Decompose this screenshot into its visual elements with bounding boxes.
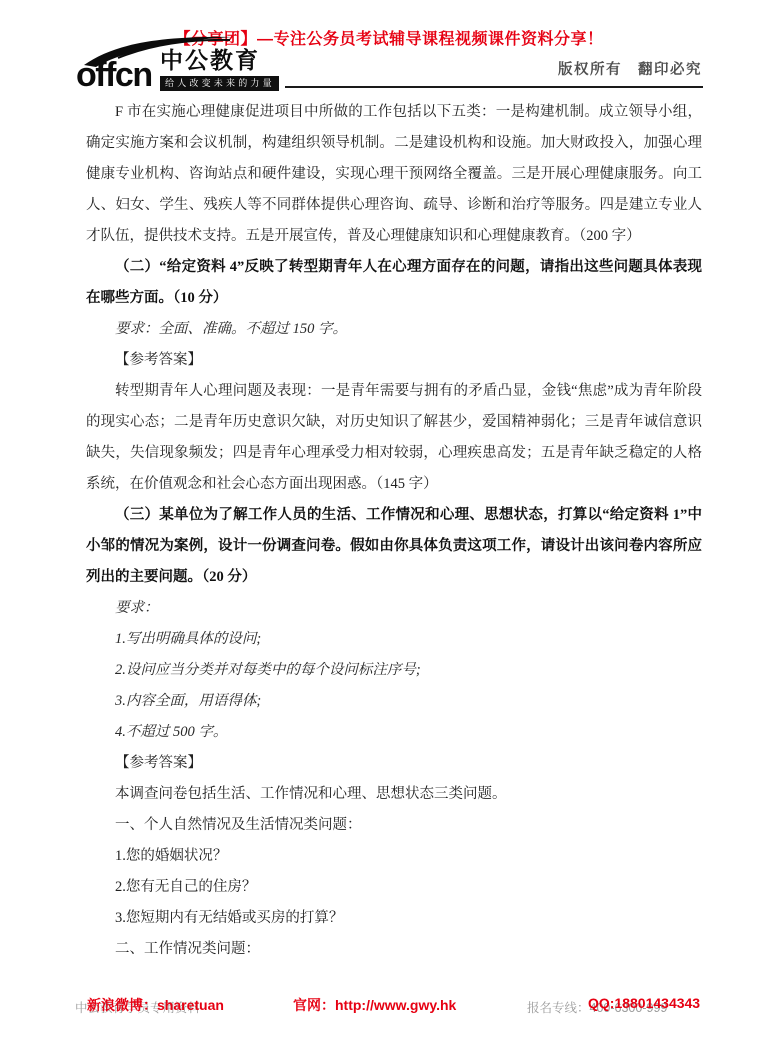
- header-rule: [285, 86, 703, 88]
- paragraph: 3.您短期内有无结婚或买房的打算？: [86, 903, 702, 934]
- paragraph: F 市在实施心理健康促进项目中所做的工作包括以下五类：一是构建机制。成立领导小组…: [86, 97, 702, 252]
- paragraph: 3.内容全面，用语得体;: [86, 686, 702, 717]
- offcn-logo: offcn 中公教育 给人改变未来的力量: [76, 42, 286, 94]
- paragraph: 2.您有无自己的住房？: [86, 872, 702, 903]
- copyright-note: 版权所有 翻印必究: [558, 58, 702, 79]
- logo-cn-text: 中公教育: [160, 47, 279, 73]
- paragraph: 2.设问应当分类并对每类中的每个设问标注序号;: [86, 655, 702, 686]
- paragraph: 本调查问卷包括生活、工作情况和心理、思想状态三类问题。: [86, 779, 702, 810]
- paragraph: 一、个人自然情况及生活情况类问题：: [86, 810, 702, 841]
- footer-qq-text: QQ:18801434343: [588, 995, 700, 1011]
- logo-right-block: 中公教育 给人改变未来的力量: [160, 47, 279, 91]
- document-page: 【分享团】—专注公务员考试辅导课程视频课件资料分享！ offcn 中公教育 给人…: [0, 0, 778, 1058]
- paragraph: 要求：全面、准确。不超过 150 字。: [86, 314, 702, 345]
- paragraph: 1.您的婚姻状况？: [86, 841, 702, 872]
- footer-weibo-text: 新浪微博：sharetuan: [87, 995, 224, 1015]
- paragraph: （二）“给定资料 4”反映了转型期青年人在心理方面存在的问题，请指出这些问题具体…: [86, 252, 702, 314]
- footer: 中公教育学员专用资料 新浪微博：sharetuan 官网：http://www.…: [0, 990, 778, 1030]
- paragraph: 1.写出明确具体的设问;: [86, 624, 702, 655]
- document-body: F 市在实施心理健康促进项目中所做的工作包括以下五类：一是构建机制。成立领导小组…: [86, 97, 702, 965]
- footer-website-link: 官网：http://www.gwy.hk: [293, 995, 456, 1015]
- logo-latin-text: offcn: [76, 58, 152, 92]
- paragraph: 转型期青年人心理问题及表现：一是青年需要与拥有的矛盾凸显，金钱“焦虑”成为青年阶…: [86, 376, 702, 500]
- paragraph: 4.不超过 500 字。: [86, 717, 702, 748]
- paragraph: （三）某单位为了解工作人员的生活、工作情况和心理、思想状态，打算以“给定资料 1…: [86, 500, 702, 593]
- paragraph: 要求：: [86, 593, 702, 624]
- paragraph: 【参考答案】: [86, 748, 702, 779]
- paragraph: 二、工作情况类问题：: [86, 934, 702, 965]
- header: offcn 中公教育 给人改变未来的力量 版权所有 翻印必究: [0, 0, 778, 96]
- paragraph: 【参考答案】: [86, 345, 702, 376]
- logo-tagline: 给人改变未来的力量: [160, 76, 279, 91]
